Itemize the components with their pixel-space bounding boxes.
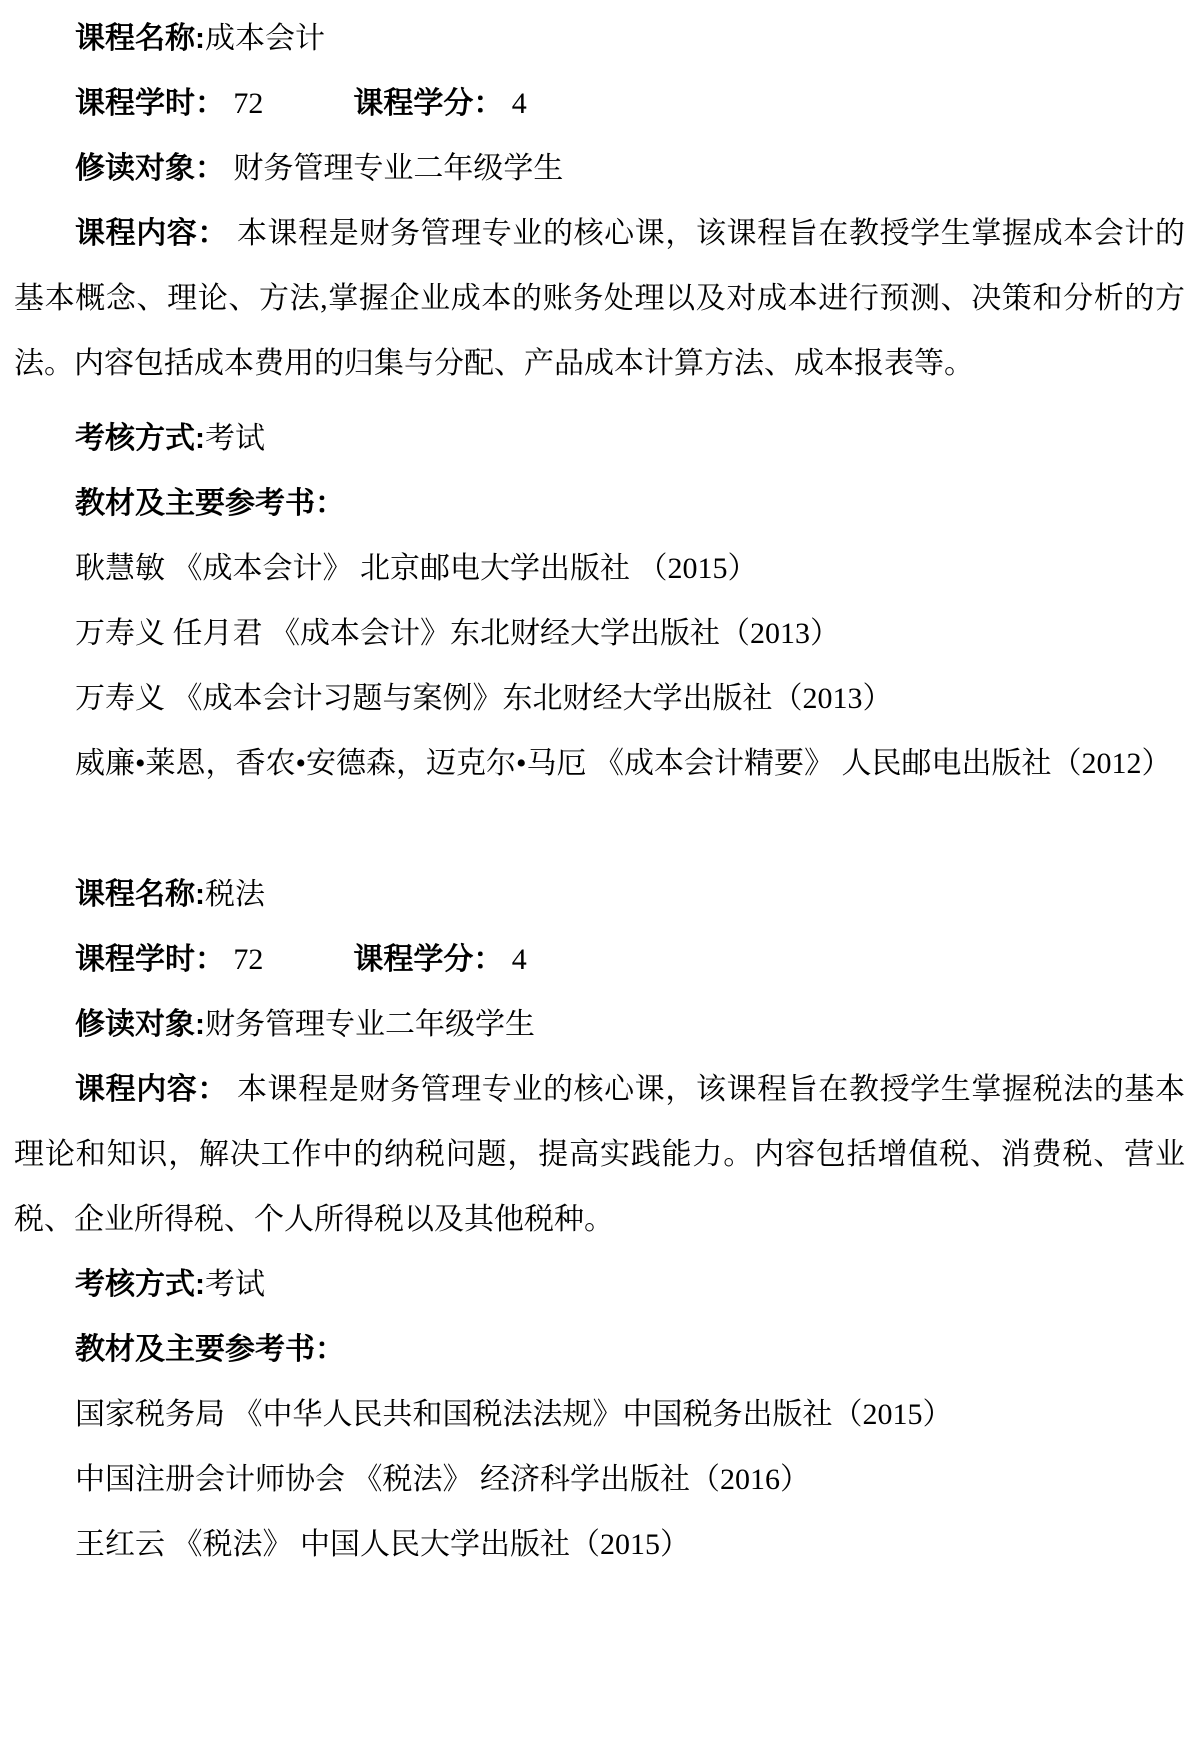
- course-assessment-line: 考核方式:考试: [14, 406, 1185, 471]
- document-page: 课程名称:成本会计 课程学时： 72课程学分： 4 修读对象： 财务管理专业二年…: [0, 0, 1200, 1577]
- course-assessment-value: 考试: [205, 422, 265, 455]
- course-assessment-value: 考试: [205, 1268, 265, 1301]
- course-assessment-label: 考核方式:: [75, 422, 205, 455]
- course-hours-label: 课程学时：: [75, 87, 233, 120]
- course-audience-label: 修读对象:: [75, 1008, 205, 1041]
- textbook-item: 王红云 《税法》 中国人民大学出版社（2015）: [14, 1512, 1185, 1577]
- course-content-label: 课程内容：: [75, 1073, 237, 1106]
- course-credits-label: 课程学分：: [353, 943, 511, 976]
- course-textbooks-heading: 教材及主要参考书：: [14, 471, 1185, 536]
- course-textbooks-label: 教材及主要参考书：: [75, 487, 345, 520]
- course-name-value: 税法: [205, 878, 265, 911]
- course-name-line: 课程名称:税法: [14, 862, 1185, 927]
- course-content-label: 课程内容：: [75, 217, 237, 250]
- textbook-item: 万寿义 任月君 《成本会计》东北财经大学出版社（2013）: [14, 601, 1185, 666]
- course-textbooks-heading: 教材及主要参考书：: [14, 1317, 1185, 1382]
- course-hours-credits-line: 课程学时： 72课程学分： 4: [14, 71, 1185, 136]
- course-content-paragraph: 课程内容： 本课程是财务管理专业的核心课，该课程旨在教授学生掌握税法的基本理论和…: [14, 1057, 1185, 1252]
- course-name-label: 课程名称:: [75, 22, 205, 55]
- course-name-value: 成本会计: [205, 22, 325, 55]
- textbook-item: 国家税务局 《中华人民共和国税法法规》中国税务出版社（2015）: [14, 1382, 1185, 1447]
- course-assessment-label: 考核方式:: [75, 1268, 205, 1301]
- course-hours-label: 课程学时：: [75, 943, 233, 976]
- course-name-line: 课程名称:成本会计: [14, 6, 1185, 71]
- course-audience-label: 修读对象：: [75, 152, 233, 185]
- course-assessment-line: 考核方式:考试: [14, 1252, 1185, 1317]
- course-audience-value: 财务管理专业二年级学生: [233, 152, 563, 185]
- course-content-paragraph: 课程内容： 本课程是财务管理专业的核心课，该课程旨在教授学生掌握成本会计的基本概…: [14, 201, 1185, 396]
- course-name-label: 课程名称:: [75, 878, 205, 911]
- course-hours-value: 72: [233, 943, 263, 976]
- course-hours-credits-line: 课程学时： 72课程学分： 4: [14, 927, 1185, 992]
- course-credits-value: 4: [512, 943, 527, 976]
- course-credits-value: 4: [512, 87, 527, 120]
- course-credits-label: 课程学分：: [353, 87, 511, 120]
- course-audience-line: 修读对象： 财务管理专业二年级学生: [14, 136, 1185, 201]
- textbook-item: 威廉•莱恩，香农•安德森，迈克尔•马厄 《成本会计精要》 人民邮电出版社（201…: [14, 731, 1185, 796]
- course-section-tax-law: 课程名称:税法 课程学时： 72课程学分： 4 修读对象:财务管理专业二年级学生…: [14, 862, 1185, 1577]
- course-section-cost-accounting: 课程名称:成本会计 课程学时： 72课程学分： 4 修读对象： 财务管理专业二年…: [14, 6, 1185, 796]
- course-hours-value: 72: [233, 87, 263, 120]
- textbook-item: 万寿义 《成本会计习题与案例》东北财经大学出版社（2013）: [14, 666, 1185, 731]
- course-audience-line: 修读对象:财务管理专业二年级学生: [14, 992, 1185, 1057]
- course-textbooks-label: 教材及主要参考书：: [75, 1333, 345, 1366]
- textbook-item: 耿慧敏 《成本会计》 北京邮电大学出版社 （2015）: [14, 536, 1185, 601]
- course-audience-value: 财务管理专业二年级学生: [205, 1008, 535, 1041]
- textbook-item: 中国注册会计师协会 《税法》 经济科学出版社（2016）: [14, 1447, 1185, 1512]
